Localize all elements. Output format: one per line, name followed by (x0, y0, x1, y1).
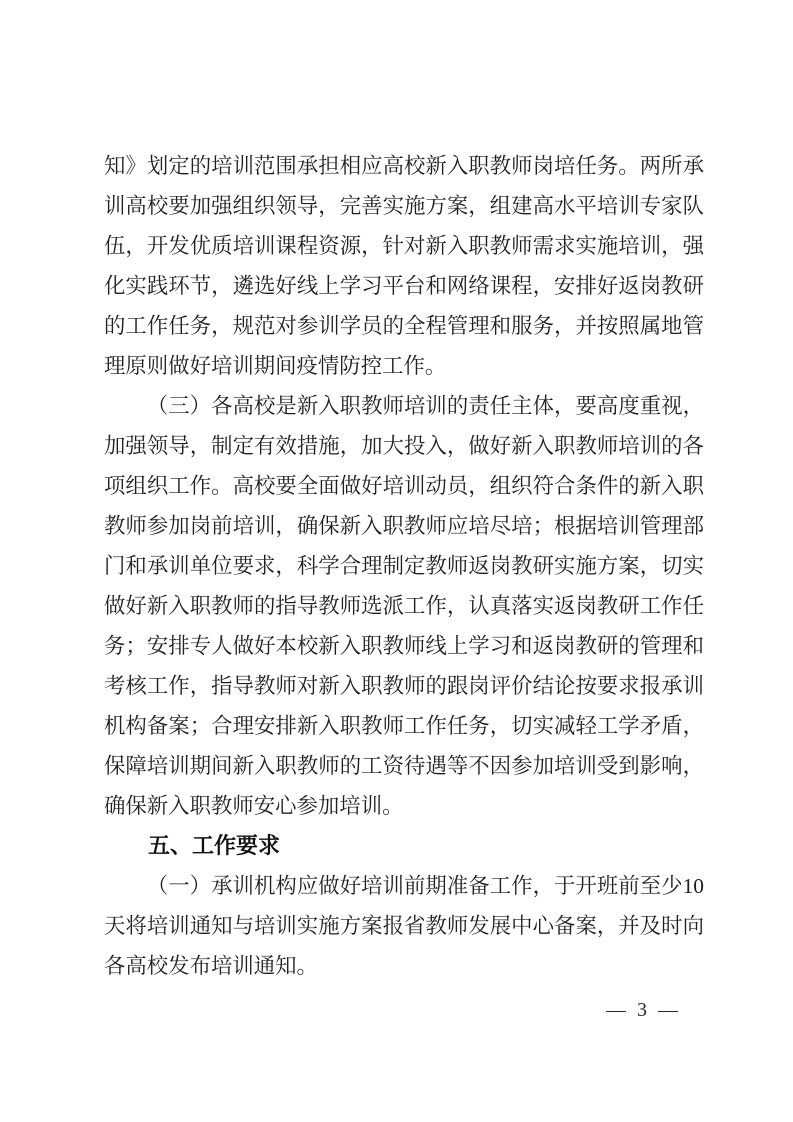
paragraph-item-three: （三）各高校是新入职教师培训的责任主体，要高度重视，加强领导，制定有效措施，加大… (104, 386, 704, 826)
document-page: 知》划定的培训范围承担相应高校新入职教师岗培任务。两所承训高校要加强组织领导，完… (0, 0, 793, 1122)
section-heading-work-requirements: 五、工作要求 (104, 826, 704, 866)
paragraph-item-one: （一）承训机构应做好培训前期准备工作，于开班前至少10 天将培训通知与培训实施方… (104, 866, 704, 986)
document-body: 知》划定的培训范围承担相应高校新入职教师岗培任务。两所承训高校要加强组织领导，完… (104, 146, 704, 986)
page-number: — 3 — (606, 996, 681, 1024)
paragraph-continuation: 知》划定的培训范围承担相应高校新入职教师岗培任务。两所承训高校要加强组织领导，完… (104, 146, 704, 386)
